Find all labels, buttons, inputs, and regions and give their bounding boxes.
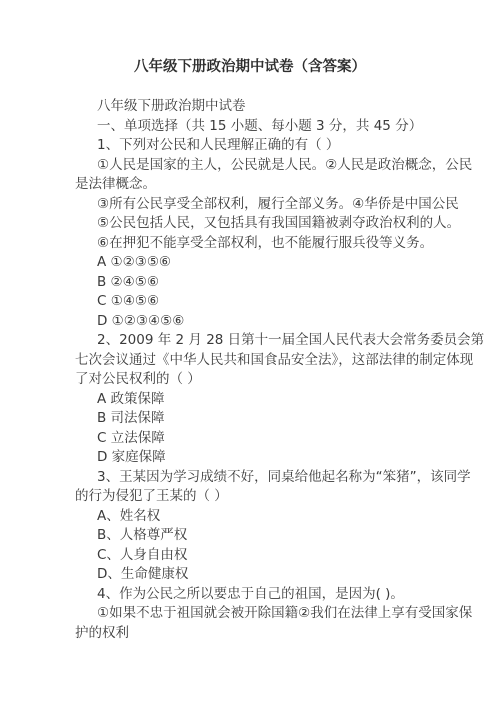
text-line: D ①②③④⑤⑥ [75,312,432,332]
text-line: 是法律概念。 [75,175,432,195]
text-line: ⑥在押犯不能享受全部权利，也不能履行服兵役等义务。 [75,234,432,254]
document-title: 八年级下册政治期中试卷（含答案） [0,0,500,77]
text-line: 2、2009 年 2 月 28 日第十一届全国人民代表大会常务委员会第 [75,331,432,351]
text-line: C ①④⑤⑥ [75,292,432,312]
text-line: 3、王某因为学习成绩不好，同桌给他起名称为“笨猪”，该同学 [75,468,432,488]
text-line: 了对公民权利的（ ） [75,370,432,390]
text-line: 的行为侵犯了王某的（ ） [75,487,432,507]
document-page: 八年级下册政治期中试卷（含答案） 八年级下册政治期中试卷一、单项选择（共 15 … [0,0,500,707]
text-line: 一、单项选择（共 15 小题、每小题 3 分，共 45 分） [75,117,432,137]
text-line: 4、作为公民之所以要忠于自己的祖国，是因为( )。 [75,585,432,605]
text-line: C 立法保障 [75,429,432,449]
text-line: A 政策保障 [75,390,432,410]
text-line: C、人身自由权 [75,546,432,566]
text-line: 1、下列对公民和人民理解正确的有（ ） [75,136,432,156]
text-line: 护的权利 [75,624,432,644]
text-line: A ①②③⑤⑥ [75,253,432,273]
text-line: B、人格尊严权 [75,526,432,546]
text-line: ①人民是国家的主人，公民就是人民。②人民是政治概念，公民 [75,156,432,176]
text-line: D 家庭保障 [75,448,432,468]
text-line: D、生命健康权 [75,565,432,585]
text-line: 七次会议通过《中华人民共和国食品安全法》，这部法律的制定体现 [75,351,432,371]
text-line: B ②④⑤⑥ [75,273,432,293]
text-line: B 司法保障 [75,409,432,429]
text-line: A、姓名权 [75,507,432,527]
document-body: 八年级下册政治期中试卷一、单项选择（共 15 小题、每小题 3 分，共 45 分… [0,97,500,643]
text-line: ⑤公民包括人民，又包括具有我国国籍被剥夺政治权利的人。 [75,214,432,234]
text-line: ①如果不忠于祖国就会被开除国籍②我们在法律上享有受国家保 [75,604,432,624]
text-line: ③所有公民享受全部权利，履行全部义务。④华侨是中国公民 [75,195,432,215]
text-line: 八年级下册政治期中试卷 [75,97,432,117]
